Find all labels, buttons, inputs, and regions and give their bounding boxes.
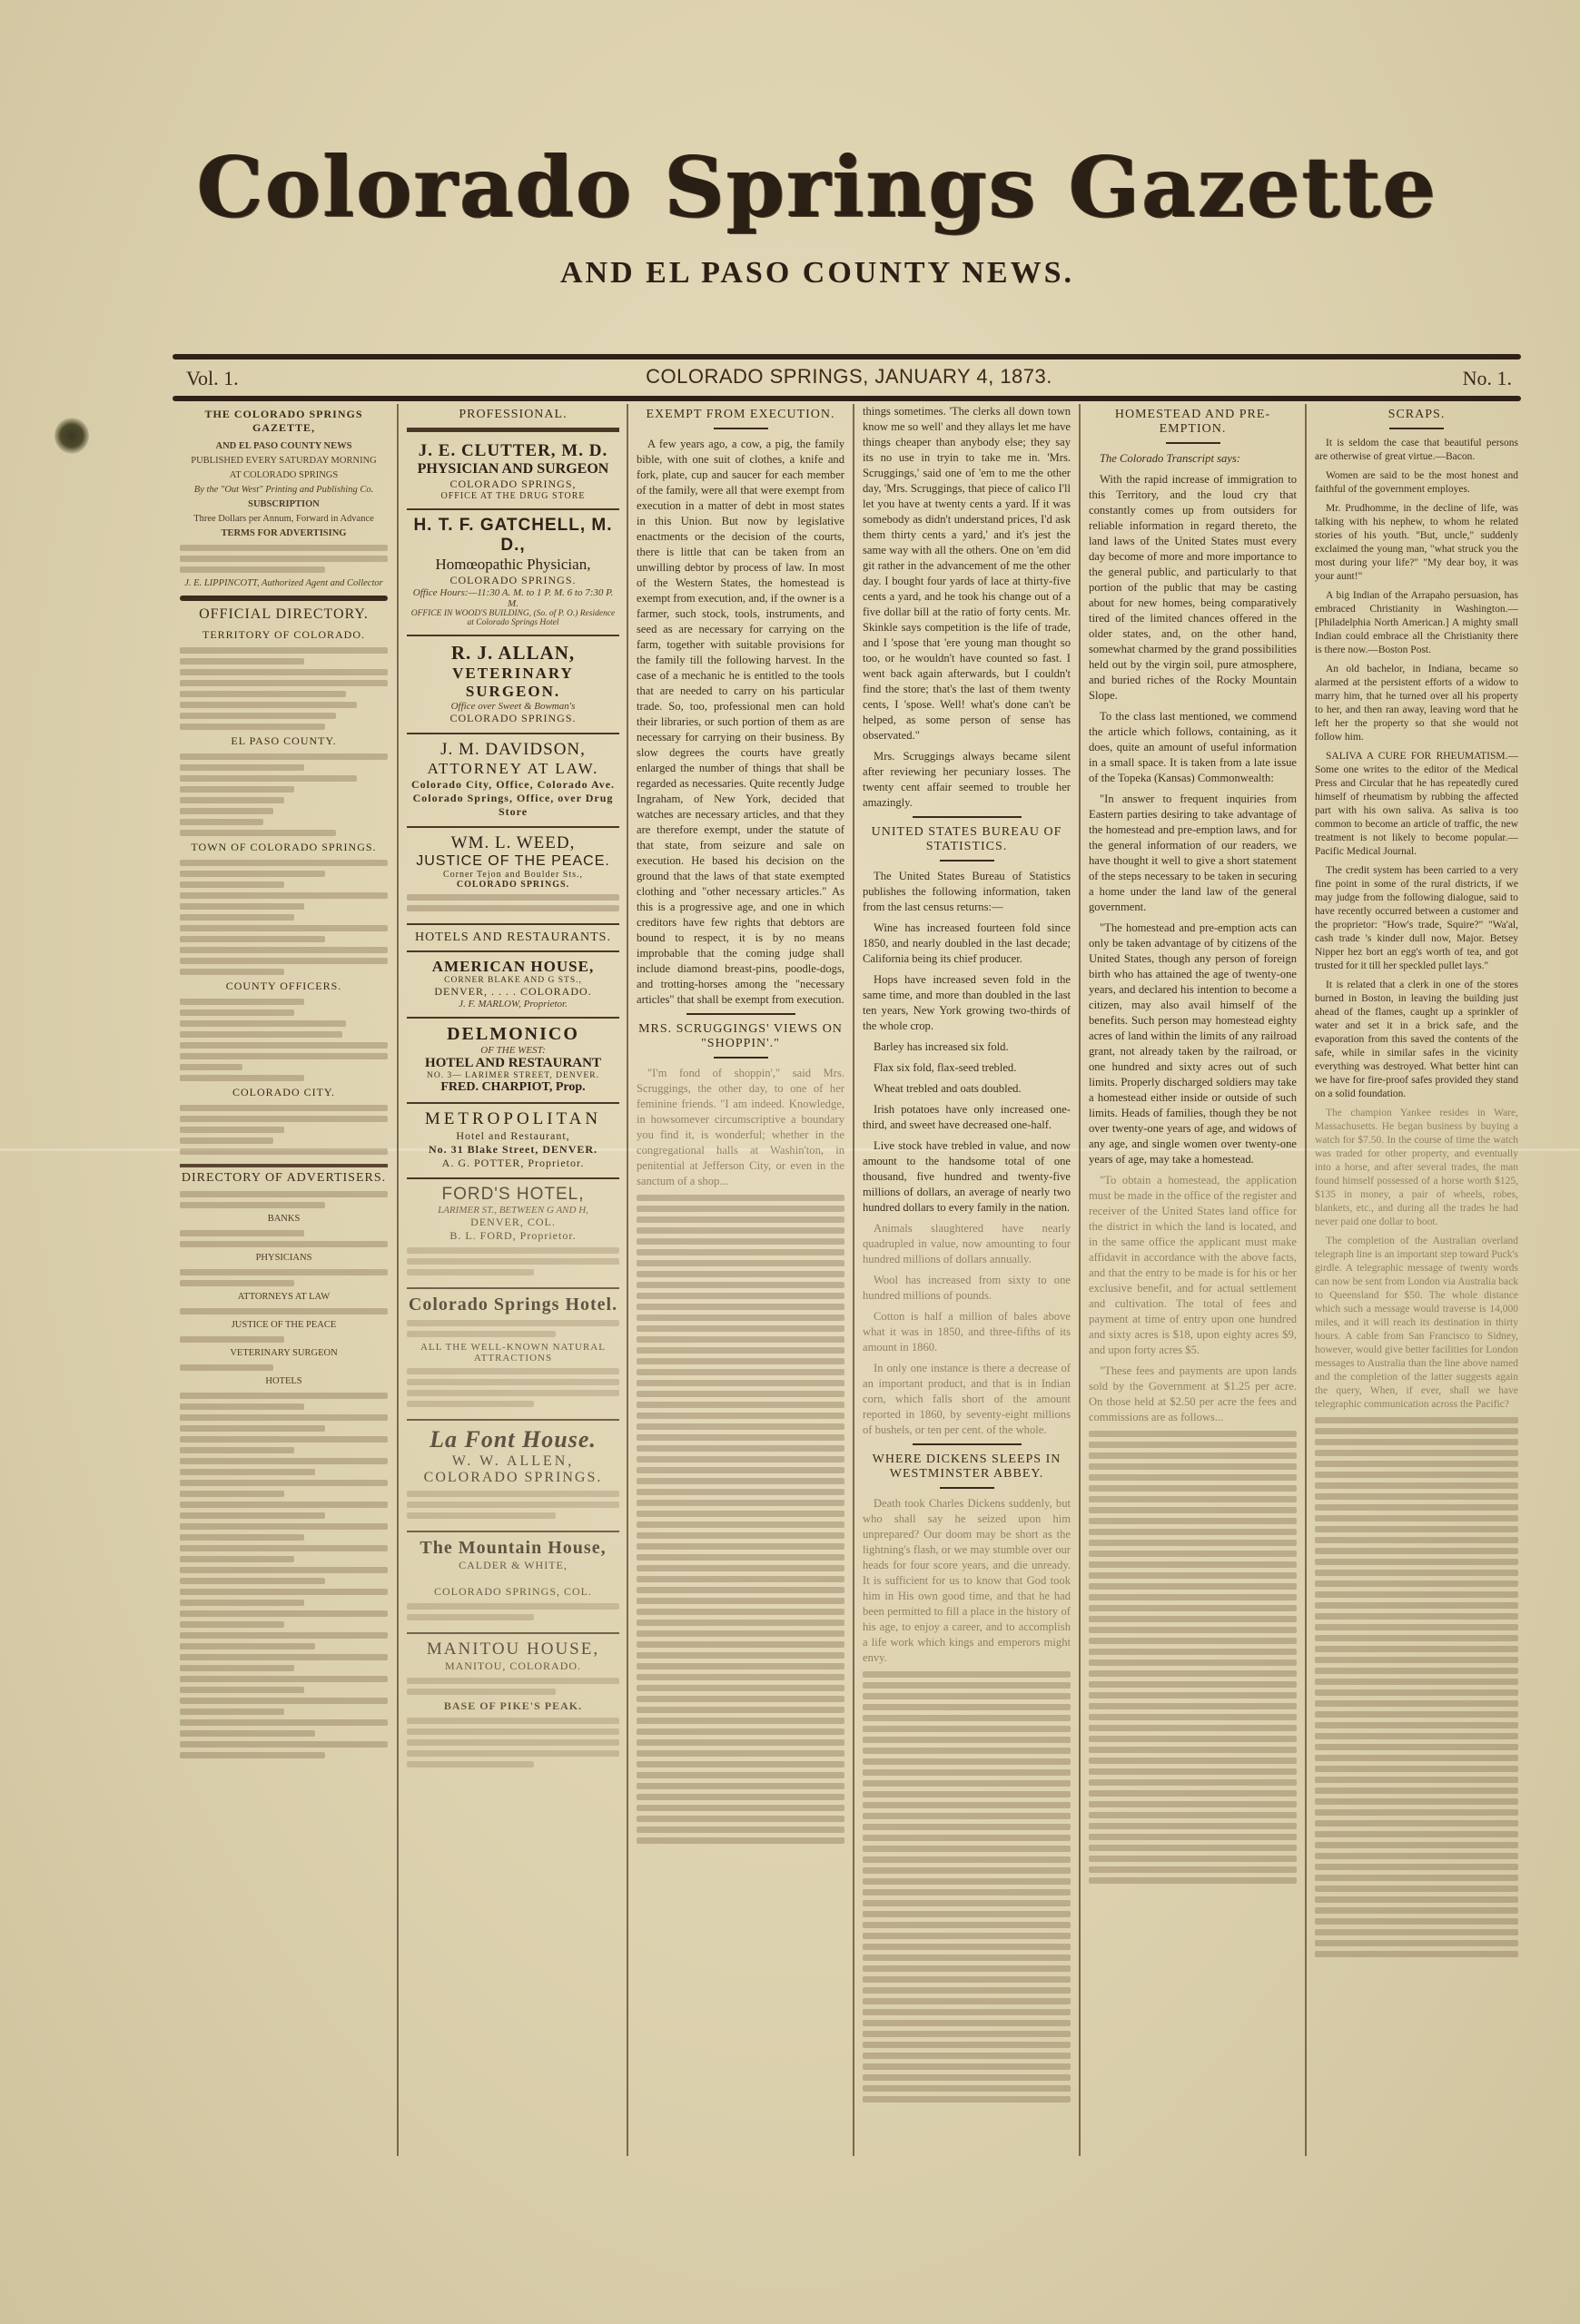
hotel-card-manitou-house: MANITOU HOUSE, MANITOU, COLORADO. BASE O… [407, 1634, 619, 1779]
stat-paragraph: Barley has increased six fold. [863, 1039, 1071, 1055]
hotel-address: No. 31 Blake Street, DENVER. [407, 1143, 619, 1157]
hotel-card-mountain-house: The Mountain House, CALDER & WHITE, COLO… [407, 1532, 619, 1634]
hotel-description [407, 1678, 619, 1695]
heading-dash [714, 428, 768, 429]
card-place: COLORADO SPRINGS, [407, 478, 619, 491]
hotel-location: BASE OF PIKE'S PEAK. [407, 1699, 619, 1713]
scrap-item: It is seldom the case that beautiful per… [1315, 437, 1518, 464]
article-body-homestead-continued [1089, 1431, 1297, 1884]
banks-heading: BANKS [180, 1213, 388, 1226]
column-divider [853, 404, 854, 2156]
newspaper-page: Colorado Springs Gazette AND EL PASO COU… [0, 0, 1580, 2324]
card-note: Colorado City, Office, Colorado Ave. [407, 778, 619, 792]
hotel-type: Hotel and Restaurant, [407, 1129, 619, 1143]
agent-line: J. E. LIPPINCOTT, Authorized Agent and C… [180, 577, 388, 590]
card-title: Homœopathic Physician, [407, 556, 619, 574]
directory-of-advertisers-heading: DIRECTORY OF ADVERTISERS. [180, 1171, 388, 1186]
card-note: Office over Sweet & Bowman's [407, 701, 619, 712]
section-rule [180, 596, 388, 601]
scrap-item: It is related that a clerk in one of the… [1315, 979, 1518, 1101]
business-card-davidson: J. M. DAVIDSON, ATTORNEY AT LAW. Colorad… [407, 734, 619, 828]
article-heading-statistics: UNITED STATES BUREAU OF STATISTICS. [863, 825, 1071, 854]
publication-place: AT COLORADO SPRINGS [180, 469, 388, 482]
official-directory-heading: OFFICIAL DIRECTORY. [180, 606, 388, 623]
article-body-scruggings-continued [637, 1195, 844, 1844]
attorneys-list [180, 1308, 388, 1315]
article-lead-homestead: The Colorado Transcript says: [1089, 451, 1297, 467]
colorado-city-heading: COLORADO CITY. [180, 1086, 388, 1099]
hotel-name: FORD'S HOTEL, [407, 1185, 619, 1205]
hotel-name: Colorado Springs Hotel. [407, 1295, 619, 1315]
scrap-item: The completion of the Australian overlan… [1315, 1235, 1518, 1412]
issue-number: No. 1. [1463, 367, 1512, 390]
territory-heading: TERRITORY OF COLORADO. [180, 628, 388, 642]
column-divider [1305, 404, 1307, 2156]
article-body-dickens-continued [863, 1671, 1071, 2102]
hotel-name: La Font House. [407, 1426, 619, 1453]
stat-paragraph: Irish potatoes have only increased one-t… [863, 1102, 1071, 1133]
hotel-description-2 [407, 1368, 619, 1407]
scrap-item: An old bachelor, in Indiana, became so a… [1315, 663, 1518, 744]
article-body-exempt: A few years ago, a cow, a pig, the famil… [637, 437, 844, 1008]
advertising-heading: TERMS FOR ADVERTISING [180, 527, 388, 540]
hotel-place: DENVER, COL. [407, 1216, 619, 1229]
hotel-place: COLORADO SPRINGS. [407, 1470, 619, 1486]
scrap-item: SALIVA A CURE FOR RHEUMATISM.—Some one w… [1315, 750, 1518, 859]
card-note-2: Colorado Springs, Office, over Drug Stor… [407, 792, 619, 819]
stat-paragraph: Flax six fold, flax-seed trebled. [863, 1060, 1071, 1076]
publication-schedule: PUBLISHED EVERY SATURDAY MORNING [180, 455, 388, 468]
stat-paragraph: Wool has increased from sixty to one hun… [863, 1273, 1071, 1304]
stat-paragraph: Wheat trebled and oats doubled. [863, 1081, 1071, 1097]
hotel-proprietor: B. L. FORD, Proprietor. [407, 1229, 619, 1243]
article-heading-dickens: WHERE DICKENS SLEEPS IN WESTMINSTER ABBE… [863, 1452, 1071, 1482]
hotels-heading: HOTELS [180, 1375, 388, 1388]
hotel-place: DENVER, . . . . COLORADO. [407, 985, 619, 999]
heading-dash [714, 1057, 768, 1059]
hotel-name: METROPOLITAN [407, 1109, 619, 1129]
hotel-address: LARIMER ST., BETWEEN G AND H, [407, 1205, 619, 1216]
card-place: COLORADO SPRINGS. [407, 880, 619, 890]
hotel-card-la-font-house: La Font House. W. W. ALLEN, COLORADO SPR… [407, 1421, 619, 1532]
column-exempt-from-execution: EXEMPT FROM EXECUTION. A few years ago, … [629, 404, 852, 2156]
card-place: COLORADO SPRINGS. [407, 712, 619, 725]
hotel-name: DELMONICO [407, 1024, 619, 1045]
dateline: Vol. 1. COLORADO SPRINGS, JANUARY 4, 187… [186, 363, 1512, 394]
subscription-terms: Three Dollars per Annum, Forward in Adva… [180, 513, 388, 526]
article-heading-homestead: HOMESTEAD AND PRE-EMPTION. [1089, 408, 1297, 437]
hotel-proprietor: J. F. MARLOW, Proprietor. [407, 999, 619, 1009]
hotel-type: HOTEL AND RESTAURANT [407, 1056, 619, 1071]
scrap-item: Mr. Prudhomme, in the decline of life, w… [1315, 502, 1518, 584]
hotel-name: AMERICAN HOUSE, [407, 958, 619, 976]
column-divider [627, 404, 628, 2156]
publisher-heading: THE COLORADO SPRINGS GAZETTE, [180, 408, 388, 435]
publisher-subheading: AND EL PASO COUNTY NEWS [180, 440, 388, 453]
article-body-dickens: Death took Charles Dickens suddenly, but… [863, 1496, 1071, 1666]
card-note: OFFICE AT THE DRUG STORE [407, 491, 619, 501]
card-title: ATTORNEY AT LAW. [407, 760, 619, 778]
column-directory: THE COLORADO SPRINGS GAZETTE, AND EL PAS… [173, 404, 395, 2156]
article-body-homestead: With the rapid increase of immigration t… [1089, 472, 1297, 704]
hotel-description [407, 1320, 619, 1337]
article-body-scruggings-end: Mrs. Scruggings always became silent aft… [863, 749, 1071, 811]
column-homestead: HOMESTEAD AND PRE-EMPTION. The Colorado … [1081, 404, 1304, 2156]
hotel-description [407, 1491, 619, 1519]
hotel-name: The Mountain House, [407, 1538, 619, 1559]
card-title: VETERINARY SURGEON. [407, 665, 619, 701]
hotel-proprietor: CALDER & WHITE, [407, 1559, 619, 1572]
card-name: J. E. CLUTTER, M. D. [407, 441, 619, 461]
article-separator [686, 1013, 795, 1015]
stat-paragraph: The United States Bureau of Statistics p… [863, 869, 1071, 915]
hotel-description [407, 1603, 619, 1620]
hotel-name: MANITOU HOUSE, [407, 1640, 619, 1659]
stat-paragraph: Cotton is half a million of bales above … [863, 1309, 1071, 1355]
business-card-clutter: J. E. CLUTTER, M. D. PHYSICIAN AND SURGE… [407, 436, 619, 510]
card-hours: Office Hours:—11:30 A. M. to 1 P. M. 6 t… [407, 587, 619, 609]
article-separator [913, 816, 1022, 818]
hotel-card-american-house: AMERICAN HOUSE, CORNER BLAKE AND G STS.,… [407, 952, 619, 1019]
hotel-proprietor: W. W. ALLEN, [407, 1453, 619, 1470]
masthead-rule-bottom [173, 396, 1521, 401]
hotel-address: NO. 3— LARIMER STREET, DENVER. [407, 1071, 619, 1080]
column-divider [1079, 404, 1081, 2156]
el-paso-county-heading: EL PASO COUNTY. [180, 734, 388, 748]
stat-paragraph: Animals slaughtered have nearly quadrupl… [863, 1221, 1071, 1267]
hotel-card-delmonico: DELMONICO OF THE WEST: HOTEL AND RESTAUR… [407, 1019, 619, 1104]
card-fineprint [407, 894, 619, 911]
article-heading-scraps: SCRAPS. [1315, 408, 1518, 422]
territory-officers-list [180, 647, 388, 730]
newspaper-subtitle: AND EL PASO COUNTY NEWS. [182, 256, 1453, 290]
advertisers-intro [180, 1191, 388, 1208]
professional-heading: PROFESSIONAL. [407, 408, 619, 422]
hotel-attractions: ALL THE WELL-KNOWN NATURAL ATTRACTIONS [407, 1342, 619, 1364]
card-name: H. T. F. GATCHELL, M. D., [407, 516, 619, 556]
banks-list [180, 1230, 388, 1247]
masthead-rule-top [173, 354, 1521, 359]
column-professional: PROFESSIONAL. J. E. CLUTTER, M. D. PHYSI… [400, 404, 627, 2156]
colorado-city-officers [180, 1105, 388, 1155]
justice-heading: JUSTICE OF THE PEACE [180, 1319, 388, 1332]
column-divider [397, 404, 399, 2156]
town-heading: TOWN OF COLORADO SPRINGS. [180, 841, 388, 854]
card-title: JUSTICE OF THE PEACE. [407, 853, 619, 870]
hotel-tagline: OF THE WEST: [407, 1045, 619, 1056]
scraps-continued [1315, 1417, 1518, 1957]
heading-dash [940, 1487, 994, 1489]
hotel-place: COLORADO SPRINGS, COL. [407, 1585, 619, 1599]
veterinary-list [180, 1364, 388, 1371]
hotel-description [407, 1247, 619, 1275]
advertising-terms-text [180, 545, 388, 573]
veterinary-heading: VETERINARY SURGEON [180, 1347, 388, 1360]
article-heading-exempt: EXEMPT FROM EXECUTION. [637, 408, 844, 422]
hotel-proprietor: FRED. CHARPIOT, Prop. [407, 1080, 619, 1095]
article-heading-scruggings: MRS. SCRUGGINGS' VIEWS ON "SHOPPIN'." [637, 1022, 844, 1051]
newspaper-title: Colorado Springs Gazette [182, 145, 1453, 229]
card-title: PHYSICIAN AND SURGEON [407, 461, 619, 478]
attorneys-heading: ATTORNEYS AT LAW [180, 1291, 388, 1304]
heading-dash [1166, 442, 1220, 444]
card-place: COLORADO SPRINGS. [407, 574, 619, 587]
article-body-scruggings-cont: things sometimes. 'The clerks all down t… [863, 404, 1071, 743]
county-officers-heading: COUNTY OFFICERS. [180, 980, 388, 993]
article-body-scruggings: "I'm fond of shoppin'," said Mrs. Scrugg… [637, 1066, 844, 1189]
card-note: Corner Tejon and Boulder Sts., [407, 870, 619, 880]
card-name: WM. L. WEED, [407, 833, 619, 853]
heading-dash [1389, 428, 1444, 429]
county-officers-detail [180, 999, 388, 1081]
issue-date: COLORADO SPRINGS, JANUARY 4, 1873. [186, 365, 1512, 389]
physicians-list [180, 1269, 388, 1286]
town-officers-list [180, 860, 388, 975]
ink-stain [54, 418, 89, 454]
scrap-item: Women are said to be the most honest and… [1315, 469, 1518, 497]
business-card-allan: R. J. ALLAN, VETERINARY SURGEON. Office … [407, 636, 619, 734]
article-separator [913, 1443, 1022, 1445]
columns: THE COLORADO SPRINGS GAZETTE, AND EL PAS… [173, 404, 1526, 2174]
remaining-directory-list [180, 1393, 388, 1758]
business-card-weed: WM. L. WEED, JUSTICE OF THE PEACE. Corne… [407, 828, 619, 925]
article-body-homestead: "To obtain a homestead, the application … [1089, 1173, 1297, 1358]
hotel-card-fords-hotel: FORD'S HOTEL, LARIMER ST., BETWEEN G AND… [407, 1179, 619, 1289]
heading-dash [940, 860, 994, 862]
section-rule [180, 1164, 388, 1167]
business-card-gatchell: H. T. F. GATCHELL, M. D., Homœopathic Ph… [407, 510, 619, 636]
hotel-proprietor: A. G. POTTER, Proprietor. [407, 1157, 619, 1170]
article-body-homestead: "The homestead and pre-emption acts can … [1089, 921, 1297, 1167]
article-body-homestead: "These fees and payments are upon lands … [1089, 1364, 1297, 1425]
card-office: OFFICE IN WOOD'S BUILDING, (So. of P. O.… [407, 609, 619, 627]
masthead: Colorado Springs Gazette AND EL PASO COU… [182, 145, 1453, 290]
justice-list [180, 1336, 388, 1343]
hotel-place: MANITOU, COLORADO. [407, 1659, 619, 1673]
column-scraps: SCRAPS. It is seldom the case that beaut… [1308, 404, 1526, 2156]
publisher-name: By the "Out West" Printing and Publishin… [180, 484, 388, 497]
physicians-heading: PHYSICIANS [180, 1252, 388, 1265]
county-officers-list [180, 753, 388, 836]
hotel-address: CORNER BLAKE AND G STS., [407, 976, 619, 985]
stat-paragraph: Hops have increased seven fold in the sa… [863, 972, 1071, 1034]
scrap-item: The credit system has been carried to a … [1315, 864, 1518, 973]
stat-paragraph: In only one instance is there a decrease… [863, 1361, 1071, 1438]
scrap-item: The champion Yankee resides in Ware, Mas… [1315, 1107, 1518, 1229]
hotels-restaurants-heading: HOTELS AND RESTAURANTS. [407, 931, 619, 945]
hotel-description-2 [407, 1718, 619, 1768]
stat-paragraph: Wine has increased fourteen fold since 1… [863, 921, 1071, 967]
hotel-card-colorado-springs-hotel: Colorado Springs Hotel. ALL THE WELL-KNO… [407, 1289, 619, 1421]
article-body-homestead: To the class last mentioned, we commend … [1089, 709, 1297, 786]
section-rule [407, 428, 619, 432]
subscription-heading: SUBSCRIPTION [180, 498, 388, 511]
article-body-homestead: "In answer to frequent inquiries from Ea… [1089, 792, 1297, 915]
hotel-card-metropolitan: METROPOLITAN Hotel and Restaurant, No. 3… [407, 1104, 619, 1179]
card-name: J. M. DAVIDSON, [407, 740, 619, 760]
stat-paragraph: Live stock have trebled in value, and no… [863, 1138, 1071, 1216]
column-scruggings-statistics: things sometimes. 'The clerks all down t… [855, 404, 1078, 2156]
card-name: R. J. ALLAN, [407, 642, 619, 665]
scrap-item: A big Indian of the Arrapaho persuasion,… [1315, 589, 1518, 657]
